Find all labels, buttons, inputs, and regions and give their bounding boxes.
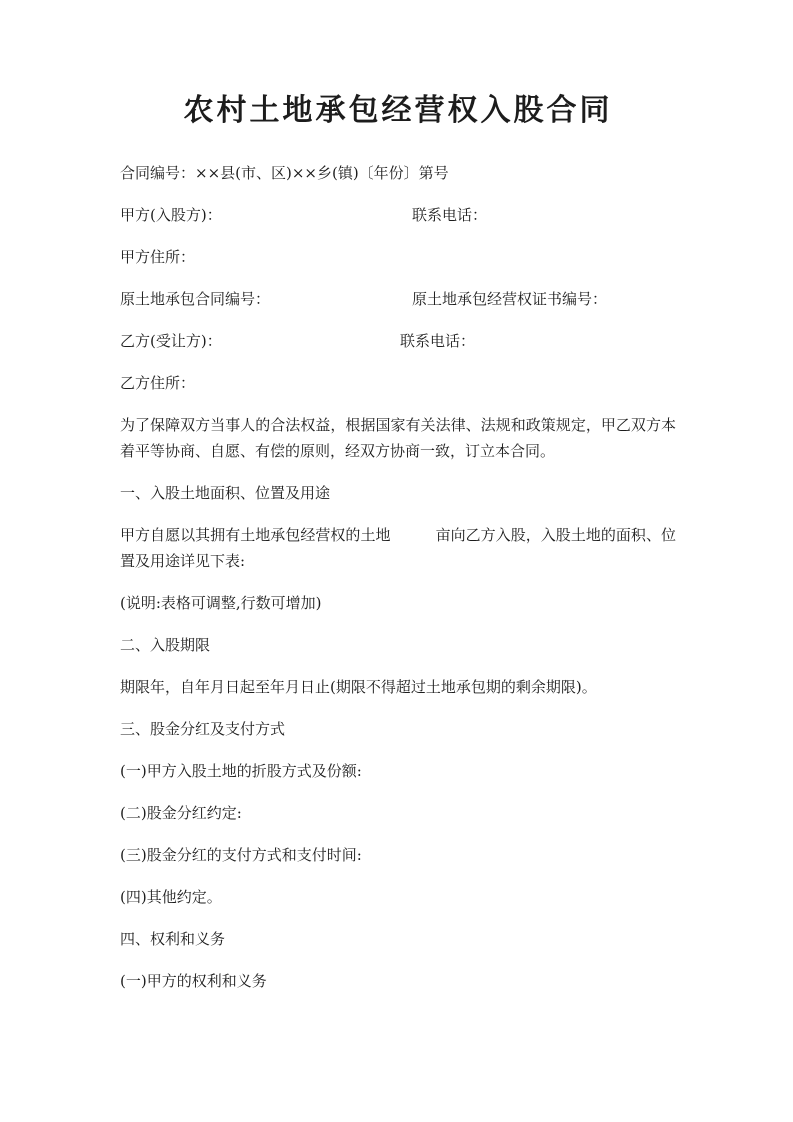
section-3-item-1: (一)甲方入股土地的折股方式及份额: (120, 758, 676, 784)
contract-document-page: 农村土地承包经营权入股合同 合同编号：××县(市、区)××乡(镇)〔年份〕第号 … (0, 0, 793, 1122)
party-a-address-line: 甲方住所： (120, 244, 676, 270)
original-contract-number-label: 原土地承包合同编号： (120, 290, 270, 308)
section-2-heading: 二、入股期限 (120, 632, 676, 658)
section-2-body: 期限年，自年月日起至年月日止(期限不得超过土地承包期的剩余期限)。 (120, 674, 676, 700)
original-certificate-number-label: 原土地承包经营权证书编号： (412, 286, 607, 312)
party-b-phone-label: 联系电话： (400, 328, 475, 354)
preamble-paragraph: 为了保障双方当事人的合法权益，根据国家有关法律、法规和政策规定，甲乙双方本着平等… (120, 412, 676, 464)
section-3-item-2: (二)股金分红约定: (120, 800, 676, 826)
document-title: 农村土地承包经营权入股合同 (120, 96, 676, 126)
section-1-body: 甲方自愿以其拥有土地承包经营权的土地 亩向乙方入股，入股土地的面积、位置及用途详… (120, 522, 676, 574)
party-a-label: 甲方(入股方)： (120, 206, 222, 224)
contract-number-line: 合同编号：××县(市、区)××乡(镇)〔年份〕第号 (120, 160, 676, 186)
party-a-line: 甲方(入股方)： 联系电话： (120, 202, 676, 228)
section-3-item-4: (四)其他约定。 (120, 884, 676, 910)
section-1-note: (说明:表格可调整,行数可增加) (120, 590, 676, 616)
section-4-item-1: (一)甲方的权利和义务 (120, 968, 676, 994)
party-b-address-line: 乙方住所： (120, 370, 676, 396)
section-3-item-3: (三)股金分红的支付方式和支付时间: (120, 842, 676, 868)
party-a-phone-label: 联系电话： (412, 202, 487, 228)
section-3-heading: 三、股金分红及支付方式 (120, 716, 676, 742)
section-1-heading: 一、入股土地面积、位置及用途 (120, 480, 676, 506)
original-numbers-line: 原土地承包合同编号： 原土地承包经营权证书编号： (120, 286, 676, 312)
section-4-heading: 四、权利和义务 (120, 926, 676, 952)
party-b-line: 乙方(受让方)： 联系电话： (120, 328, 676, 354)
party-b-label: 乙方(受让方)： (120, 332, 222, 350)
